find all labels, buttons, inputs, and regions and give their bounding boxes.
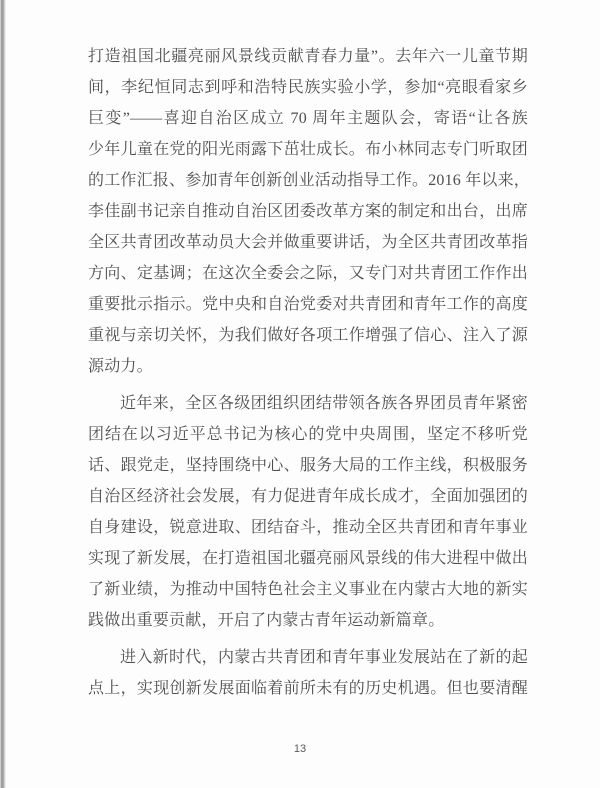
text-line: 重视与亲切关怀，为我们做好各项工作增强了信心、注入了源 [88,320,528,351]
text-line: 话、跟党走，坚持围绕中心、服务大局的工作主线，积极服务 [88,450,528,481]
paragraph-3: 进入新时代，内蒙古共青团和青年事业发展站在了新的起 点上，实现创新发展面临着前所… [88,642,528,704]
text-line: 重要批示指示。党中央和自治党委对共青团和青年工作的高度 [88,289,528,320]
document-body: 打造祖国北疆亮丽风景线贡献青春力量”。去年六一儿童节期 间，李纪恒同志到呼和浩特… [88,41,528,704]
paragraph-2: 近年来，全区各级团组织团结带领各族各界团员青年紧密 团结在以习近平总书记为核心的… [88,388,528,636]
text-line: 团结在以习近平总书记为核心的党中央周围，坚定不移听党 [88,419,528,450]
text-line: 间，李纪恒同志到呼和浩特民族实验小学，参加“亮眼看家乡 [88,72,528,103]
text-line: 李佳副书记亲自推动自治区团委改革方案的制定和出台，出席 [88,196,528,227]
text-line: 少年儿童在党的阳光雨露下茁壮成长。布小林同志专门听取团 [88,134,528,165]
text-line: 自身建设，锐意进取、团结奋斗，推动全区共青团和青年事业 [88,512,528,543]
text-line: 了新业绩，为推动中国特色社会主义事业在内蒙古大地的新实 [88,574,528,605]
text-line: 的工作汇报、参加青年创新创业活动指导工作。2016 年以来， [88,165,528,196]
text-line: 实现了新发展，在打造祖国北疆亮丽风景线的伟大进程中做出 [88,543,528,574]
text-line: 源动力。 [88,351,528,382]
text-line: 自治区经济社会发展，有力促进青年成长成才，全面加强团的 [88,481,528,512]
paragraph-1: 打造祖国北疆亮丽风景线贡献青春力量”。去年六一儿童节期 间，李纪恒同志到呼和浩特… [88,41,528,382]
text-line: 打造祖国北疆亮丽风景线贡献青春力量”。去年六一儿童节期 [88,41,528,72]
document-page: 打造祖国北疆亮丽风景线贡献青春力量”。去年六一儿童节期 间，李纪恒同志到呼和浩特… [0,0,600,788]
text-line: 近年来，全区各级团组织团结带领各族各界团员青年紧密 [88,388,528,419]
text-line: 巨变”——喜迎自治区成立 70 周年主题队会，寄语“让各族 [88,103,528,134]
text-line: 全区共青团改革动员大会并做重要讲话，为全区共青团改革指 [88,227,528,258]
page-left-edge-shadow [0,0,6,788]
text-line: 方向、定基调；在这次全委会之际，又专门对共青团工作作出 [88,258,528,289]
text-line: 践做出重要贡献，开启了内蒙古青年运动新篇章。 [88,605,528,636]
text-line: 进入新时代，内蒙古共青团和青年事业发展站在了新的起 [88,642,528,673]
text-line: 点上，实现创新发展面临着前所未有的历史机遇。但也要清醒 [88,673,528,704]
page-number: 13 [0,743,600,755]
